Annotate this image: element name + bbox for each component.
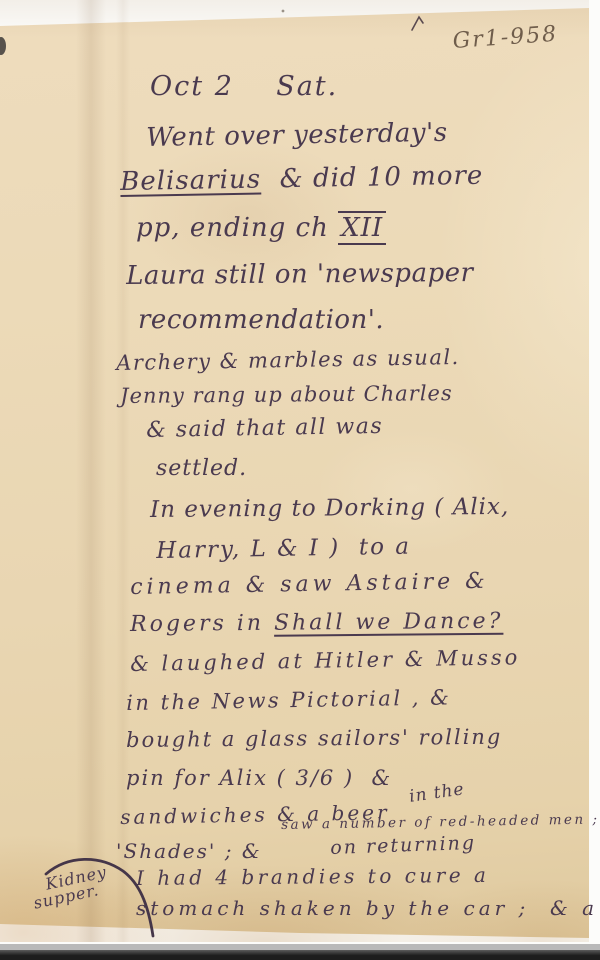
- film-title-underlined: Shall we Dance?: [274, 609, 504, 636]
- diary-line: I had 4 brandies to cure a: [136, 864, 490, 889]
- diary-line-pre: pp, ending ch: [136, 213, 338, 243]
- diary-line: recommendation'.: [138, 306, 384, 335]
- dust-speck: [282, 10, 285, 13]
- entry-date-line: Oct 2 Sat.: [150, 72, 338, 102]
- diary-line: Harry, L & I ) to a: [156, 535, 411, 565]
- diary-line: pp, ending ch XII: [136, 214, 386, 243]
- diary-line: stomach shaken by the car ; & a: [136, 897, 598, 919]
- chapter-numeral: XII: [338, 211, 386, 245]
- diary-line: bought a glass sailors' rolling: [126, 726, 502, 752]
- scanner-edge-dark: [0, 950, 600, 960]
- diary-line: In evening to Dorking ( Alix,: [150, 495, 509, 523]
- diary-line: 'Shades' ; &: [116, 840, 262, 862]
- diary-line: settled.: [156, 457, 247, 481]
- diary-line: & said that all was: [146, 415, 383, 443]
- diary-line-rest: & did 10 more: [261, 161, 484, 195]
- diary-line: Laura still on 'newspaper: [126, 259, 474, 291]
- diary-line: Rogers in Shall we Dance?: [130, 610, 503, 637]
- book-title-underlined: Belisarius: [120, 165, 261, 197]
- diary-line: pin for Alix ( 3/6 ) &: [126, 767, 392, 790]
- diary-line: Belisarius & did 10 more: [120, 162, 484, 197]
- diary-line: Jenny rang up about Charles: [120, 382, 453, 408]
- diary-line: Went over yesterday's: [146, 119, 448, 153]
- scanned-diary-page: Gr1-958 Oct 2 Sat. Went over yesterday's…: [0, 0, 600, 960]
- diary-line-pre: Rogers in: [130, 611, 274, 637]
